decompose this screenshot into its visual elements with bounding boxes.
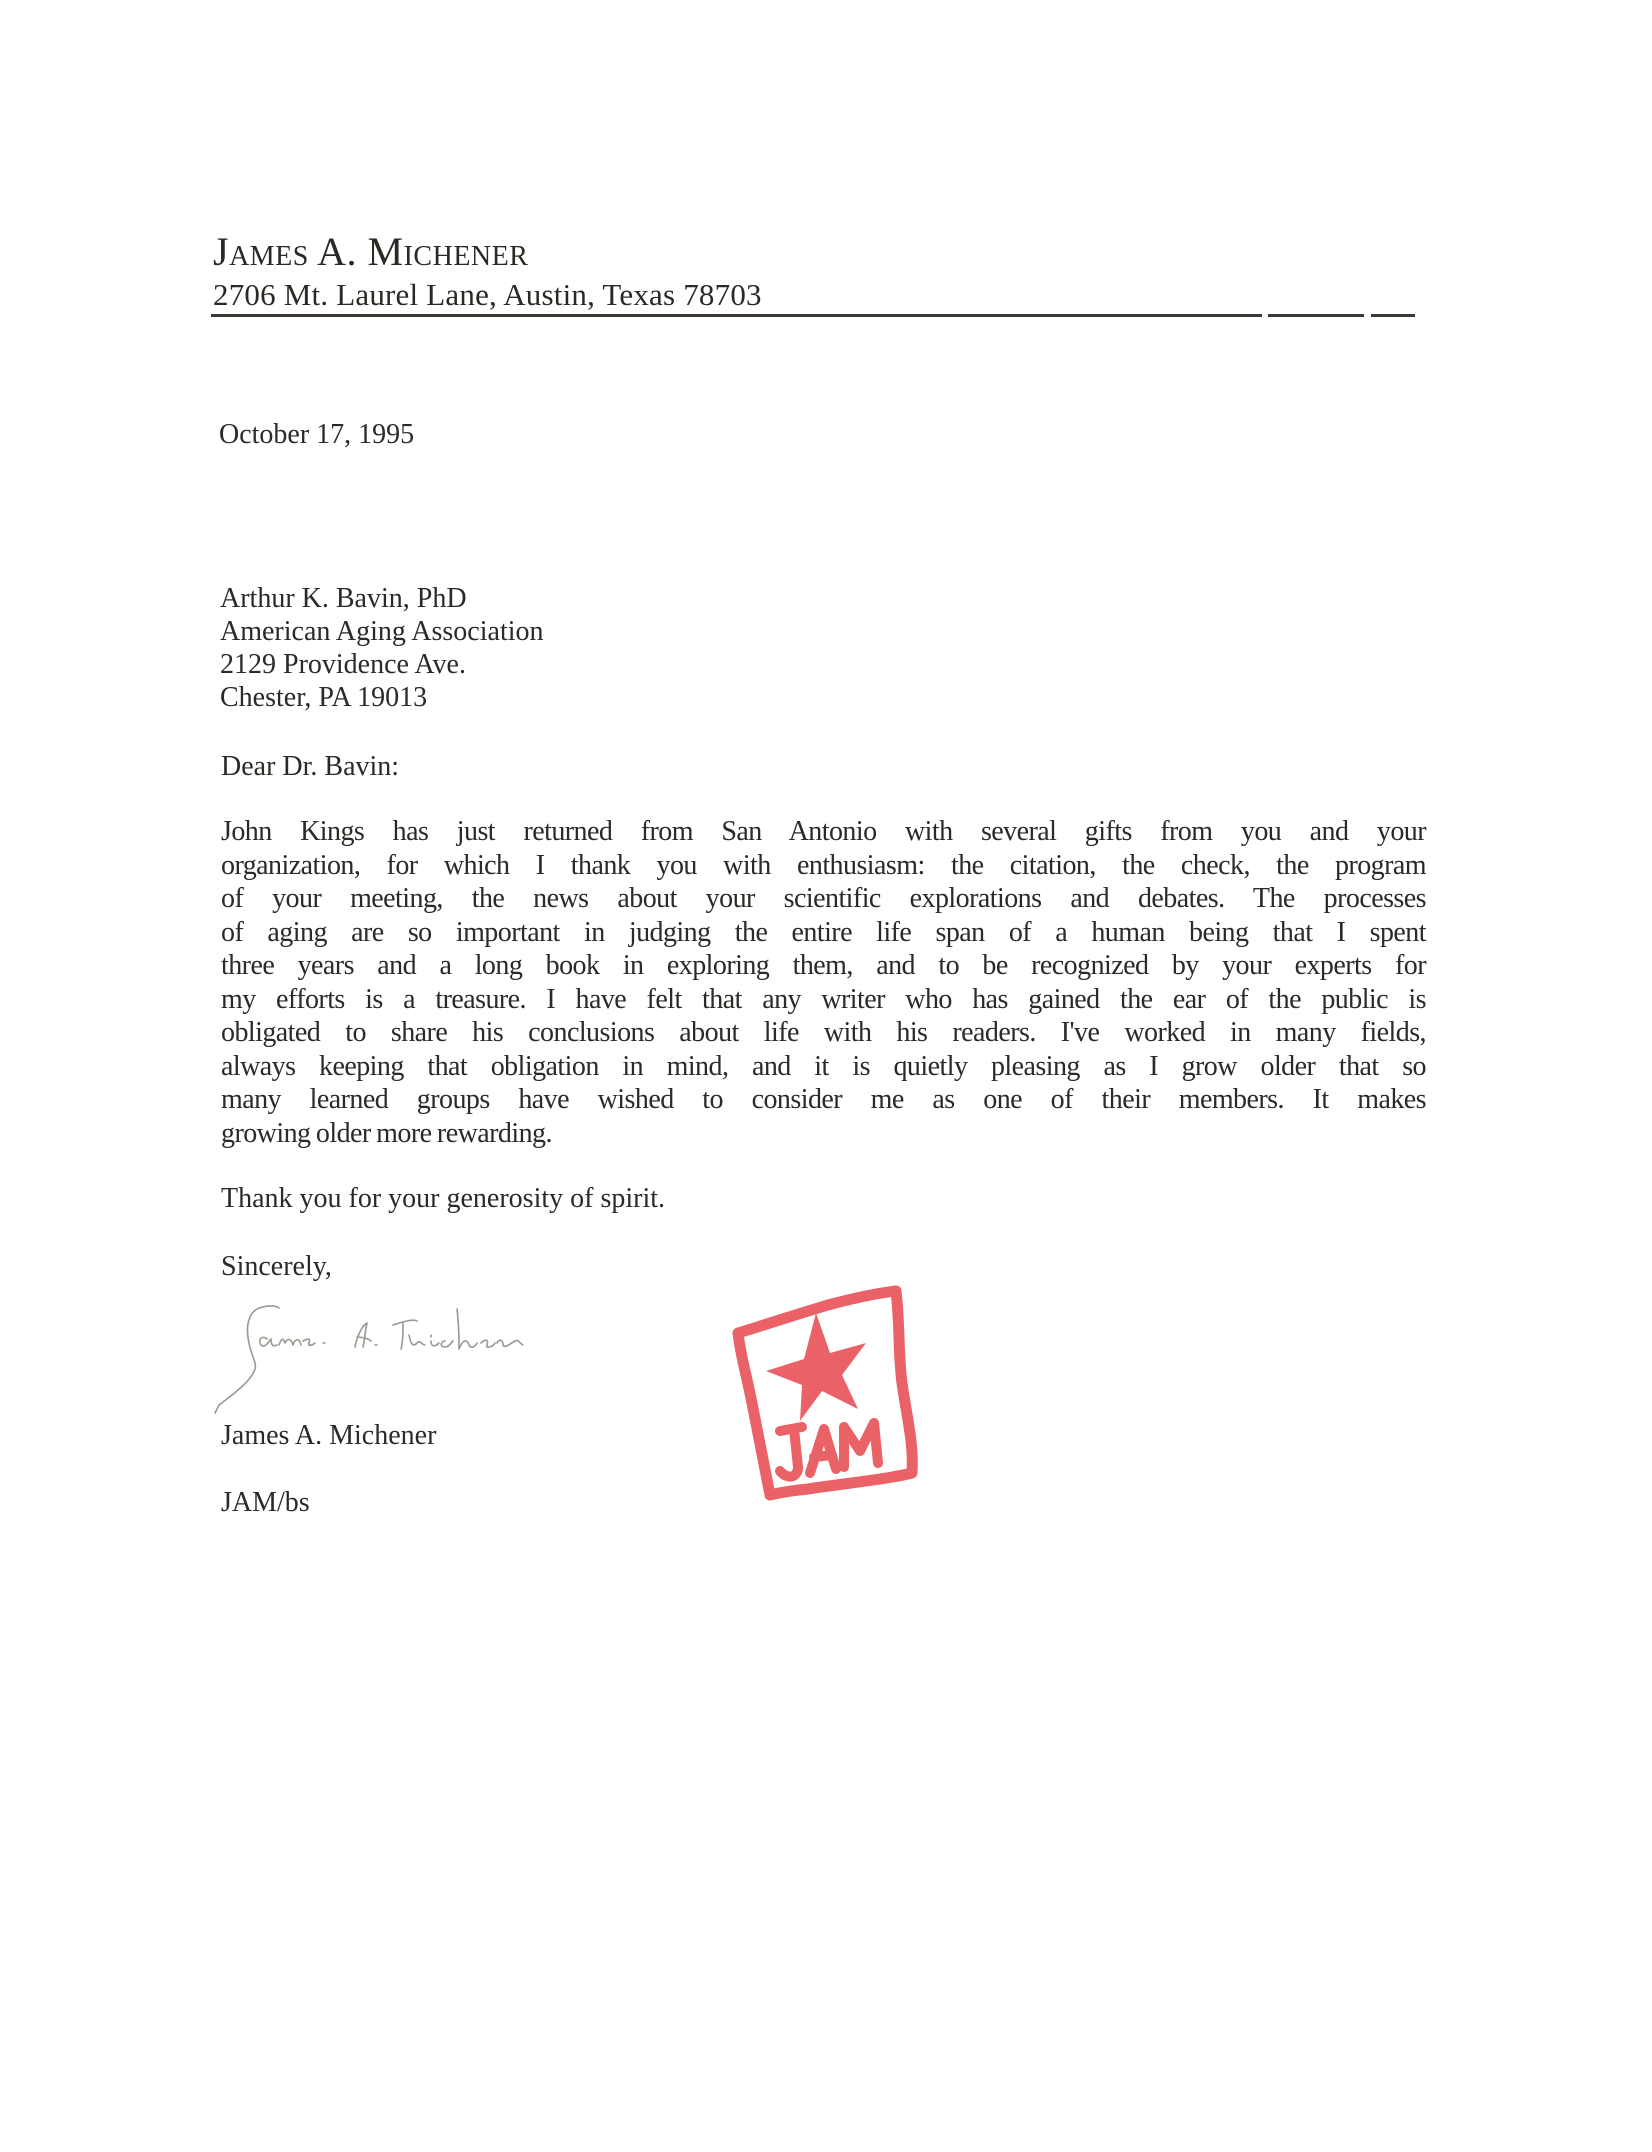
recipient-line: 2129 Providence Ave. (220, 648, 544, 681)
body-line: obligated to share his conclusions about… (221, 1016, 1426, 1050)
signer-name: James A. Michener (221, 1419, 436, 1452)
body-line: always keeping that obligation in mind, … (221, 1050, 1426, 1084)
recipient-line: Arthur K. Bavin, PhD (220, 582, 544, 615)
body-line: three years and a long book in exploring… (221, 949, 1426, 983)
body-line: John Kings has just returned from San An… (221, 815, 1426, 849)
sign-off: Sincerely, (221, 1250, 332, 1283)
rule-gap (1262, 313, 1268, 318)
star-stamp-icon (718, 1283, 918, 1503)
closing-thanks: Thank you for your generosity of spirit. (221, 1182, 665, 1215)
rule-gap (1364, 313, 1371, 318)
recipient-line: American Aging Association (220, 615, 544, 648)
body-line: my efforts is a treasure. I have felt th… (221, 983, 1426, 1017)
body-line: organization, for which I thank you with… (221, 849, 1426, 883)
letterhead-name: James A. Michener (213, 228, 528, 275)
letter-date: October 17, 1995 (219, 418, 414, 451)
recipient-line: Chester, PA 19013 (220, 681, 544, 714)
recipient-address: Arthur K. Bavin, PhD American Aging Asso… (220, 582, 544, 714)
body-line: many learned groups have wished to consi… (221, 1083, 1426, 1117)
body-line: of your meeting, the news about your sci… (221, 882, 1426, 916)
body-line: of aging are so important in judging the… (221, 916, 1426, 950)
salutation: Dear Dr. Bavin: (221, 750, 399, 783)
signature-icon (205, 1295, 645, 1425)
letterhead-address: 2706 Mt. Laurel Lane, Austin, Texas 7870… (213, 277, 762, 313)
body-line: growing older more rewarding. (221, 1117, 1426, 1151)
typist-initials: JAM/bs (221, 1486, 310, 1519)
body-paragraph: John Kings has just returned from San An… (221, 815, 1426, 1150)
letterhead-rule (211, 314, 1415, 317)
